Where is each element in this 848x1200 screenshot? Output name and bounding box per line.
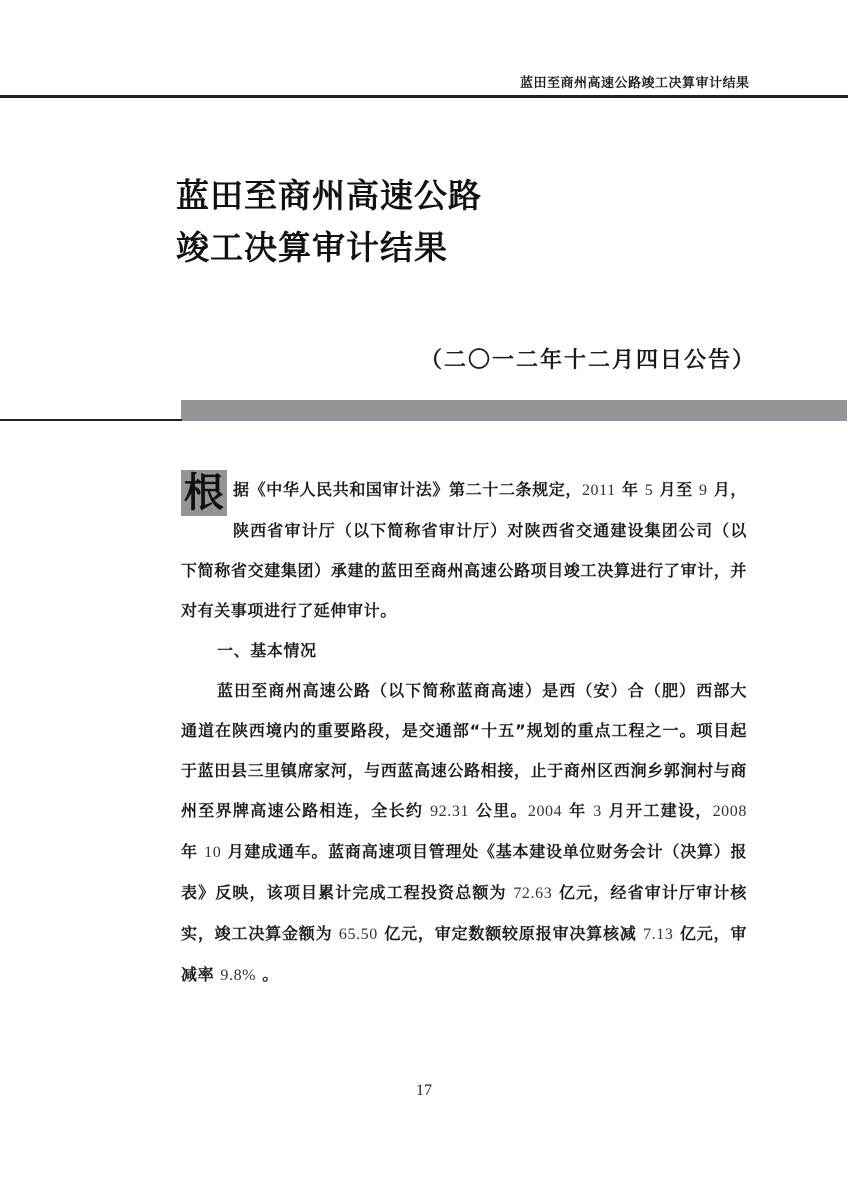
page-title: 蓝田至商州高速公路 竣工决算审计结果 (176, 170, 482, 274)
decorative-rule (0, 419, 182, 421)
number: 10 (204, 844, 221, 861)
header-rule (0, 95, 848, 98)
number: 9 (699, 482, 708, 499)
number: 2008 (713, 803, 747, 820)
number: 65.50 (339, 926, 378, 943)
announcement-date: （二〇一二年十二月四日公告） (420, 343, 760, 374)
text: 蓝田至商州高速公路（以下简称蓝商高速）是西（安）合（肥）西部大通道在陕西境内的重… (181, 681, 747, 820)
number: 2011 (582, 482, 616, 499)
page-number: 17 (0, 1082, 848, 1100)
number: 9.8% (220, 967, 256, 984)
intro-paragraph: 根据《中华人民共和国审计法》第二十二条规定，2011 年 5 月至 9 月，陕西… (181, 470, 747, 631)
number: 92.31 (430, 803, 469, 820)
drop-cap: 根 (181, 470, 227, 516)
number: 72.63 (513, 885, 552, 902)
text: 。 (256, 965, 279, 984)
text: 公里。 (469, 801, 528, 820)
number: 7.13 (643, 926, 673, 943)
section-paragraph: 蓝田至商州高速公路（以下简称蓝商高速）是西（安）合（肥）西部大通道在陕西境内的重… (181, 671, 747, 996)
text: 据《中华人民共和国审计法》第二十二条规定， (233, 480, 582, 499)
number: 3 (593, 803, 602, 820)
text: 月，陕西省审计厅（以下简称省审计厅）对陕西省交通建设集团公司（以下简称省交建集团… (181, 480, 747, 620)
text: 年 (616, 480, 645, 499)
title-line-2: 竣工决算审计结果 (176, 222, 482, 274)
body-text: 根据《中华人民共和国审计法》第二十二条规定，2011 年 5 月至 9 月，陕西… (181, 470, 747, 996)
running-header: 蓝田至商州高速公路竣工决算审计结果 (520, 72, 820, 91)
title-line-1: 蓝田至商州高速公路 (176, 170, 482, 222)
text: 年 (562, 801, 593, 820)
text: 月至 (653, 480, 699, 499)
decorative-grey-bar (181, 400, 847, 421)
text: 亿元，审定数额较原报审决算核减 (378, 924, 643, 943)
section-heading: 一、基本情况 (181, 631, 747, 671)
text: 月开工建设， (602, 801, 713, 820)
number: 2004 (528, 803, 562, 820)
text: 年 (181, 842, 204, 861)
